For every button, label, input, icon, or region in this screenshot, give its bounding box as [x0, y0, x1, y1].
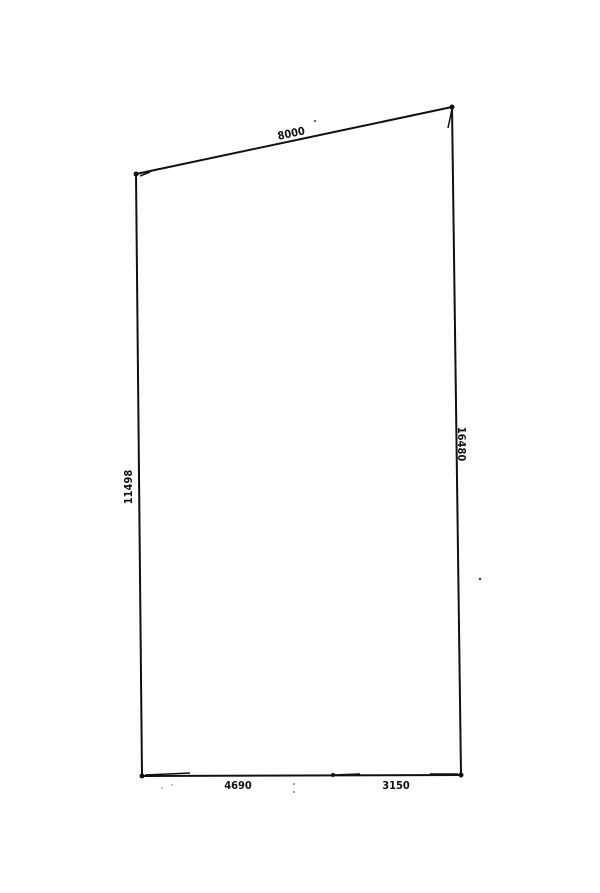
plot-outline [136, 107, 461, 776]
plot-drawing: 8000 11498 16480 4690 3150 [0, 0, 600, 893]
bottom-left-dimension-label: 4690 [224, 779, 252, 792]
dimension-arrows [140, 109, 458, 775]
bottom-right-dimension-label: 3150 [382, 779, 410, 792]
bottom-edge [142, 775, 461, 776]
left-dimension-label: 11498 [122, 470, 135, 505]
left-edge [136, 174, 142, 776]
vertex-markers [134, 105, 464, 779]
right-dimension-label: 16480 [455, 427, 468, 462]
top-dimension-label: 8000 [276, 124, 306, 142]
scan-specks [161, 120, 481, 793]
top-edge [136, 107, 452, 174]
